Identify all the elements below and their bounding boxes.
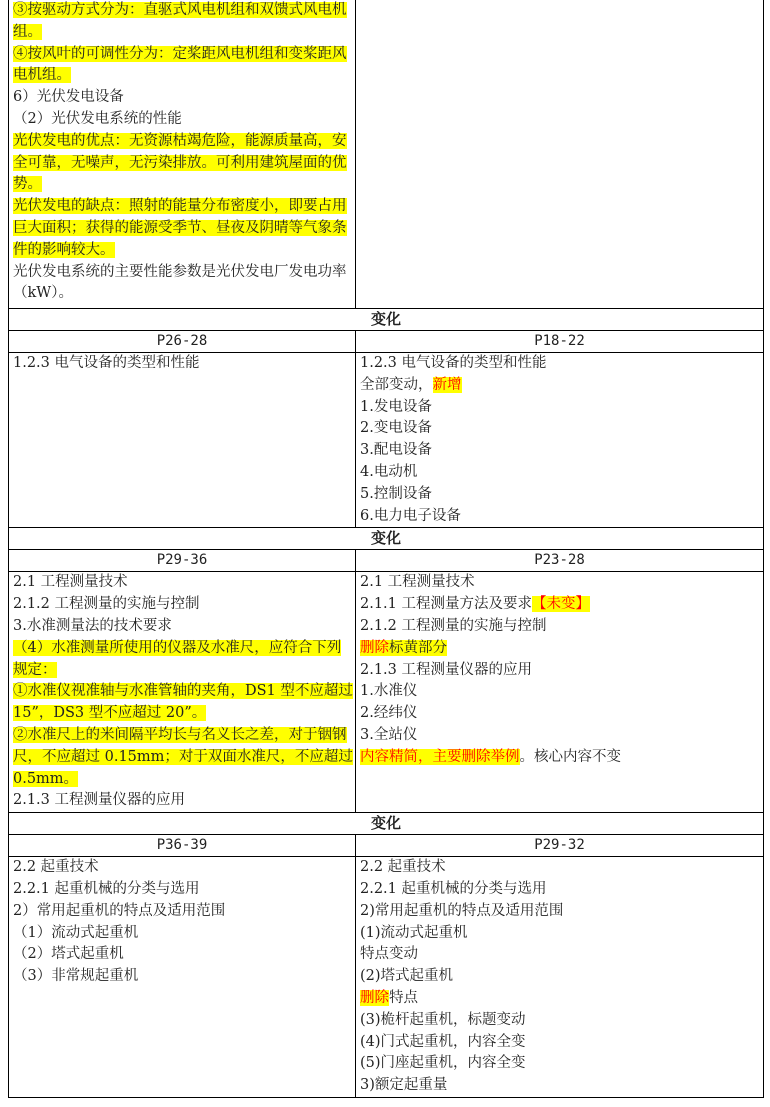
content-row-surveying: 2.1 工程测量技术 2.1.2 工程测量的实施与控制 3.水准测量法的技术要求… <box>9 572 764 813</box>
change-label: 变化 <box>9 528 764 550</box>
comparison-table: ③按驱动方式分为：直驱式风电机组和双馈式风电机组。 ④按风叶的可调性分为：定桨距… <box>8 0 764 1098</box>
text-line: 光伏发电的缺点：照射的能量分布密度小，即要占用巨大面积；获得的能源受季节、昼夜及… <box>13 196 355 261</box>
text-line: 2）常用起重机的特点及适用范围 <box>13 901 355 923</box>
text-line: (3)桅杆起重机，标题变动 <box>360 1010 763 1032</box>
text-line: 2.1.1 工程测量方法及要求【未变】 <box>360 594 763 616</box>
new-content-cell <box>356 0 764 309</box>
list-item: 5.控制设备 <box>360 484 763 506</box>
text-line: (1)流动式起重机 <box>360 923 763 945</box>
text-line: 删除标黄部分 <box>360 638 763 660</box>
text-line: （4）水准测量所使用的仪器及水准尺，应符合下列规定： <box>13 638 355 682</box>
text-line: 2.2 起重技术 <box>13 857 355 879</box>
text-line: 3.水准测量法的技术要求 <box>13 616 355 638</box>
change-header-row: 变化 <box>9 813 764 835</box>
text-line: ④按风叶的可调性分为：定桨距风电机组和变桨距风电机组。 <box>13 44 355 88</box>
text-line: (5)门座起重机，内容全变 <box>360 1053 763 1075</box>
page-range-row: P26-28 P18-22 <box>9 331 764 353</box>
content-row-lifting: 2.2 起重技术 2.2.1 起重机械的分类与选用 2）常用起重机的特点及适用范… <box>9 857 764 1098</box>
list-item: 6.电力电子设备 <box>360 506 763 528</box>
delete-tag: 删除 <box>360 990 389 1006</box>
old-content-cell: 1.2.3 电气设备的类型和性能 <box>9 353 356 528</box>
list-item: 1.水准仪 <box>360 681 763 703</box>
change-header-row: 变化 <box>9 309 764 331</box>
new-content-cell: 1.2.3 电气设备的类型和性能 全部变动，新增 1.发电设备 2.变电设备 3… <box>356 353 764 528</box>
text-line: ③按驱动方式分为：直驱式风电机组和双馈式风电机组。 <box>13 0 355 44</box>
text-line: 特点变动 <box>360 944 763 966</box>
text-line: （2）光伏发电系统的性能 <box>13 109 355 131</box>
page-range-row: P36-39 P29-32 <box>9 835 764 857</box>
change-label: 变化 <box>9 813 764 835</box>
new-content-cell: 2.1 工程测量技术 2.1.1 工程测量方法及要求【未变】 2.1.2 工程测… <box>356 572 764 813</box>
text-line: ②水准尺上的米间隔平均长与名义长之差，对于铟钢尺，不应超过 0.15mm；对于双… <box>13 725 355 790</box>
text-line: 2.2.1 起重机械的分类与选用 <box>360 879 763 901</box>
text-line: 2.1.2 工程测量的实施与控制 <box>13 594 355 616</box>
list-item: 2.经纬仪 <box>360 703 763 725</box>
new-page-range: P18-22 <box>356 331 764 353</box>
text-line: 全部变动，新增 <box>360 375 763 397</box>
text-line: （2）塔式起重机 <box>13 944 355 966</box>
text-line: 内容精简，主要删除举例。核心内容不变 <box>360 747 763 769</box>
text-line: （1）流动式起重机 <box>13 923 355 945</box>
old-content-cell: 2.2 起重技术 2.2.1 起重机械的分类与选用 2）常用起重机的特点及适用范… <box>9 857 356 1098</box>
content-row-wind-pv: ③按驱动方式分为：直驱式风电机组和双馈式风电机组。 ④按风叶的可调性分为：定桨距… <box>9 0 764 309</box>
old-content-cell: ③按驱动方式分为：直驱式风电机组和双馈式风电机组。 ④按风叶的可调性分为：定桨距… <box>9 0 356 309</box>
text-line: 光伏发电的优点：无资源枯竭危险，能源质量高，安全可靠，无噪声，无污染排放。可利用… <box>13 131 355 196</box>
text-line: 2.1.3 工程测量仪器的应用 <box>13 790 355 812</box>
text-line: 2.1 工程测量技术 <box>360 572 763 594</box>
text-line: 光伏发电系统的主要性能参数是光伏发电厂发电功率（kW）。 <box>13 262 355 306</box>
text-line: 2.2 起重技术 <box>360 857 763 879</box>
text-line: 2.2.1 起重机械的分类与选用 <box>13 879 355 901</box>
list-item: 3.配电设备 <box>360 440 763 462</box>
text-line: 1.2.3 电气设备的类型和性能 <box>360 353 763 375</box>
list-item: 4.电动机 <box>360 462 763 484</box>
unchanged-tag: 【未变】 <box>532 596 590 612</box>
change-header-row: 变化 <box>9 528 764 550</box>
old-page-range: P29-36 <box>9 550 356 572</box>
new-page-range: P23-28 <box>356 550 764 572</box>
text-line: 1.2.3 电气设备的类型和性能 <box>13 353 355 375</box>
summary-tag: 内容精简，主要删除举例 <box>360 749 520 765</box>
text-line: 2.1.2 工程测量的实施与控制 <box>360 616 763 638</box>
new-content-cell: 2.2 起重技术 2.2.1 起重机械的分类与选用 2)常用起重机的特点及适用范… <box>356 857 764 1098</box>
old-content-cell: 2.1 工程测量技术 2.1.2 工程测量的实施与控制 3.水准测量法的技术要求… <box>9 572 356 813</box>
old-page-range: P26-28 <box>9 331 356 353</box>
change-label: 变化 <box>9 309 764 331</box>
text-line: (2)塔式起重机 <box>360 966 763 988</box>
text-line: 2)常用起重机的特点及适用范围 <box>360 901 763 923</box>
list-item: 3.全站仪 <box>360 725 763 747</box>
delete-tag: 删除 <box>360 640 389 656</box>
new-page-range: P29-32 <box>356 835 764 857</box>
content-row-electrical: 1.2.3 电气设备的类型和性能 1.2.3 电气设备的类型和性能 全部变动，新… <box>9 353 764 528</box>
text-line: 删除特点 <box>360 988 763 1010</box>
text-line: 3)额定起重量 <box>360 1075 763 1097</box>
list-item: 1.发电设备 <box>360 397 763 419</box>
text-line: （3）非常规起重机 <box>13 966 355 988</box>
text-line: 2.1.3 工程测量仪器的应用 <box>360 660 763 682</box>
text-line: 6）光伏发电设备 <box>13 87 355 109</box>
list-item: 2.变电设备 <box>360 418 763 440</box>
old-page-range: P36-39 <box>9 835 356 857</box>
text-line: ①水准仪视准轴与水准管轴的夹角，DS1 型不应超过 15”，DS3 型不应超过 … <box>13 681 355 725</box>
page-range-row: P29-36 P23-28 <box>9 550 764 572</box>
text-line: (4)门式起重机，内容全变 <box>360 1032 763 1054</box>
text-line: 2.1 工程测量技术 <box>13 572 355 594</box>
new-tag: 新增 <box>433 377 462 393</box>
